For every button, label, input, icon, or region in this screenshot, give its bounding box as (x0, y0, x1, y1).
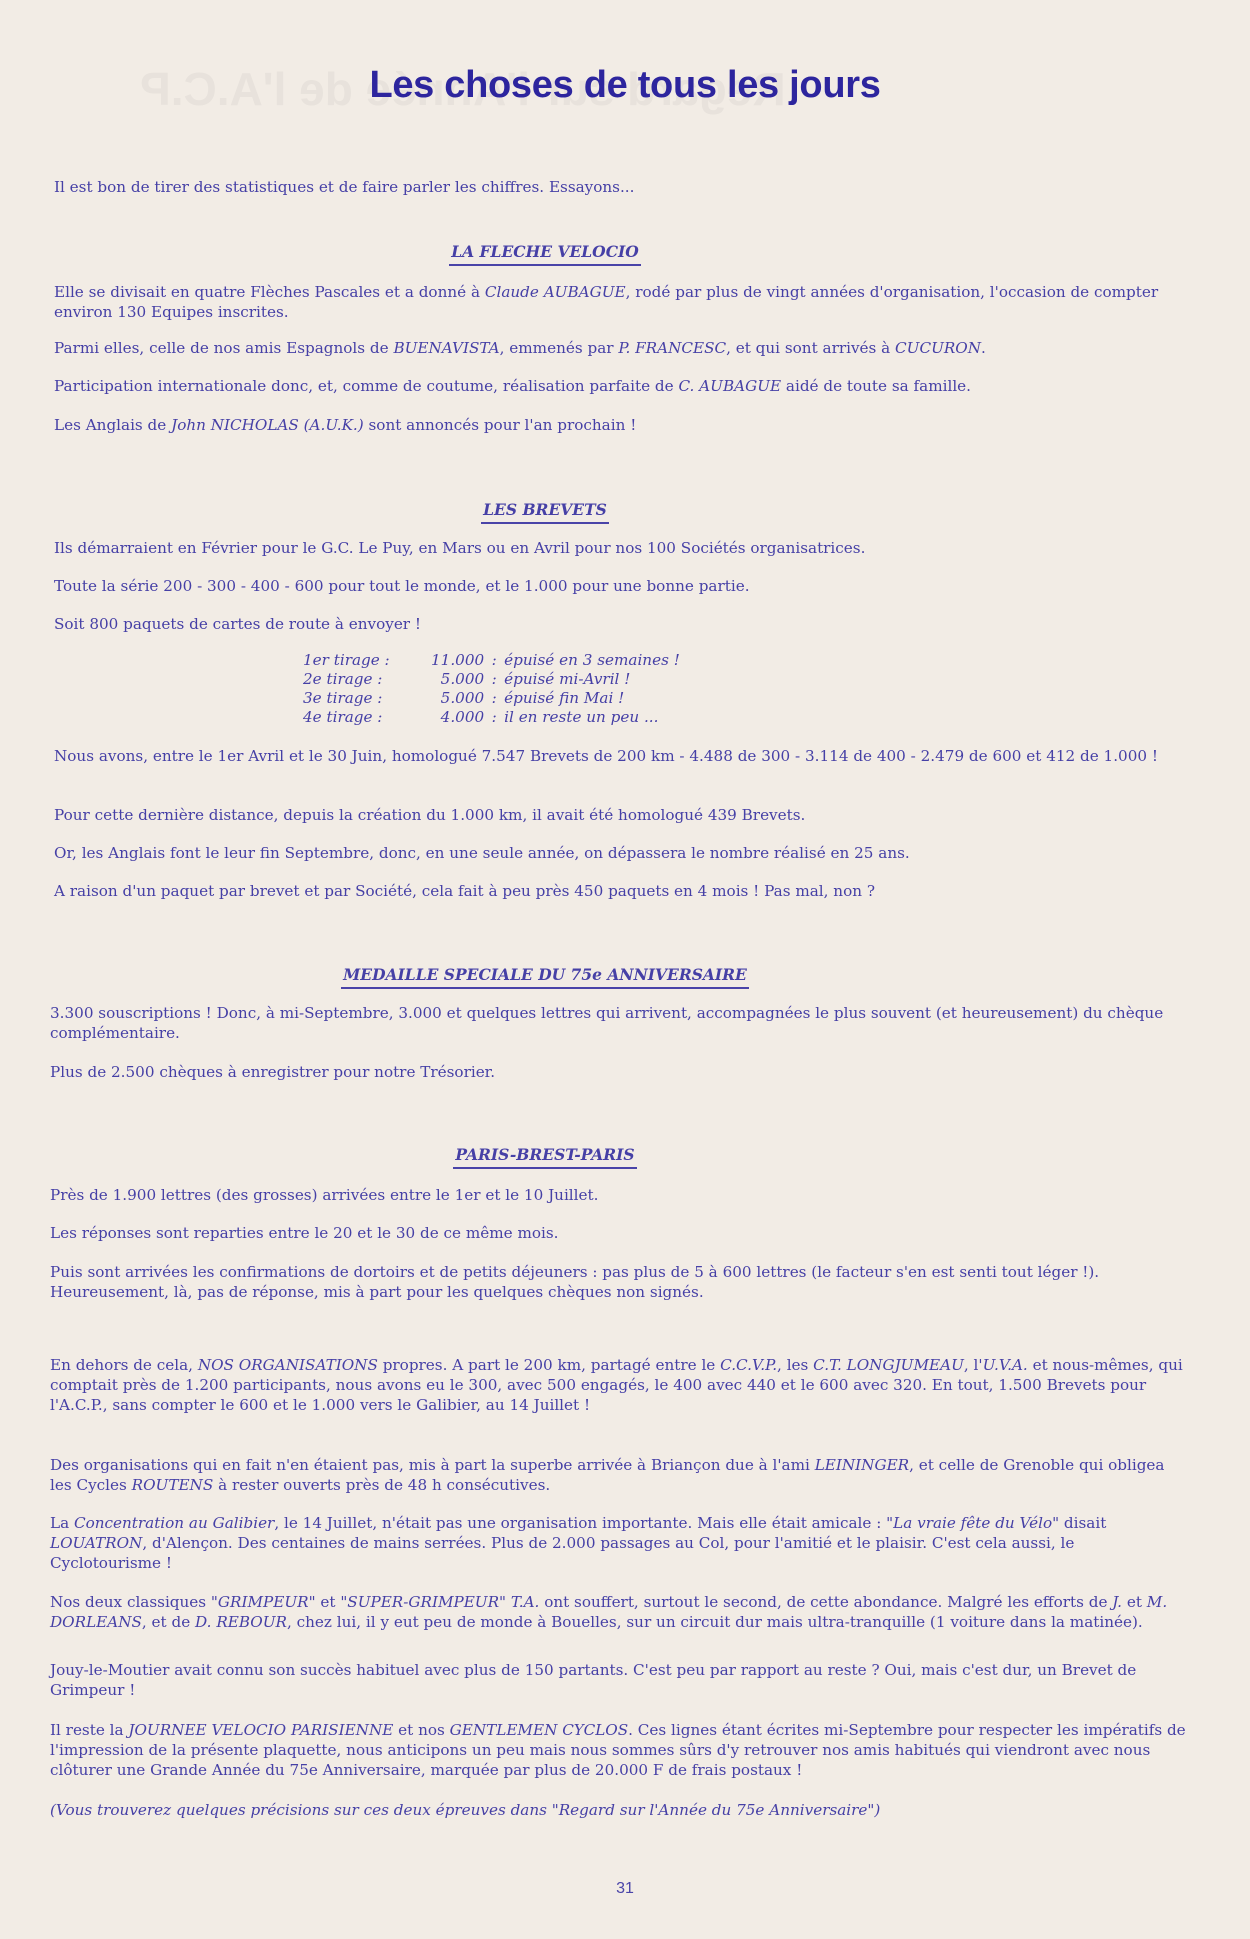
paragraph: Puis sont arrivées les confirmations de … (50, 1262, 1190, 1302)
paragraph: Soit 800 paquets de cartes de route à en… (54, 614, 1194, 634)
paragraph: A raison d'un paquet par brevet et par S… (54, 881, 1194, 901)
paragraph: Parmi elles, celle de nos amis Espagnols… (54, 338, 1194, 358)
paragraph: Participation internationale donc, et, c… (54, 376, 1194, 396)
paragraph: Il reste la JOURNEE VELOCIO PARISIENNE e… (50, 1720, 1190, 1780)
page-title: Les choses de tous les jours (0, 64, 1250, 107)
paragraph: Les Anglais de John NICHOLAS (A.U.K.) so… (54, 415, 1194, 435)
tirage-row: 4e tirage :4.000:il en reste un peu ... (303, 708, 680, 727)
page-number: 31 (0, 1880, 1250, 1898)
intro-paragraph: Il est bon de tirer des statistiques et … (54, 178, 634, 196)
paragraph: Nous avons, entre le 1er Avril et le 30 … (54, 746, 1194, 766)
paragraph: Pour cette dernière distance, depuis la … (54, 805, 1194, 825)
paragraph-note: (Vous trouverez quelques précisions sur … (50, 1800, 1190, 1820)
paragraph: Or, les Anglais font le leur fin Septemb… (54, 843, 1194, 863)
section-heading-fleche-velocio: LA FLECHE VELOCIO (0, 242, 1090, 266)
paragraph: Plus de 2.500 chèques à enregistrer pour… (50, 1062, 1190, 1082)
section-heading-brevets: LES BREVETS (0, 500, 1090, 524)
tirage-row: 1er tirage :11.000:épuisé en 3 semaines … (303, 651, 680, 670)
paragraph: Jouy-le-Moutier avait connu son succès h… (50, 1660, 1190, 1700)
paragraph: Nos deux classiques "GRIMPEUR" et "SUPER… (50, 1592, 1190, 1632)
tirage-table: 1er tirage :11.000:épuisé en 3 semaines … (303, 651, 680, 727)
paragraph: Elle se divisait en quatre Flèches Pasca… (54, 282, 1194, 322)
tirage-row: 3e tirage :5.000:épuisé fin Mai ! (303, 689, 680, 708)
section-heading-paris-brest-paris: PARIS-BREST-PARIS (0, 1145, 1090, 1169)
paragraph: 3.300 souscriptions ! Donc, à mi-Septemb… (50, 1003, 1190, 1043)
document-page: Les choses de tous les jours Il est bon … (0, 0, 1250, 1939)
tirage-row: 2e tirage :5.000:épuisé mi-Avril ! (303, 670, 680, 689)
paragraph: Toute la série 200 - 300 - 400 - 600 pou… (54, 576, 1194, 596)
paragraph: Près de 1.900 lettres (des grosses) arri… (50, 1185, 1190, 1205)
paragraph: La Concentration au Galibier, le 14 Juil… (50, 1513, 1190, 1573)
section-heading-medaille: MEDAILLE SPECIALE DU 75e ANNIVERSAIRE (0, 965, 1090, 989)
paragraph: Les réponses sont reparties entre le 20 … (50, 1223, 1190, 1243)
paragraph: Ils démarraient en Février pour le G.C. … (54, 538, 1194, 558)
paragraph: En dehors de cela, NOS ORGANISATIONS pro… (50, 1355, 1190, 1415)
paragraph: Des organisations qui en fait n'en étaie… (50, 1455, 1190, 1495)
